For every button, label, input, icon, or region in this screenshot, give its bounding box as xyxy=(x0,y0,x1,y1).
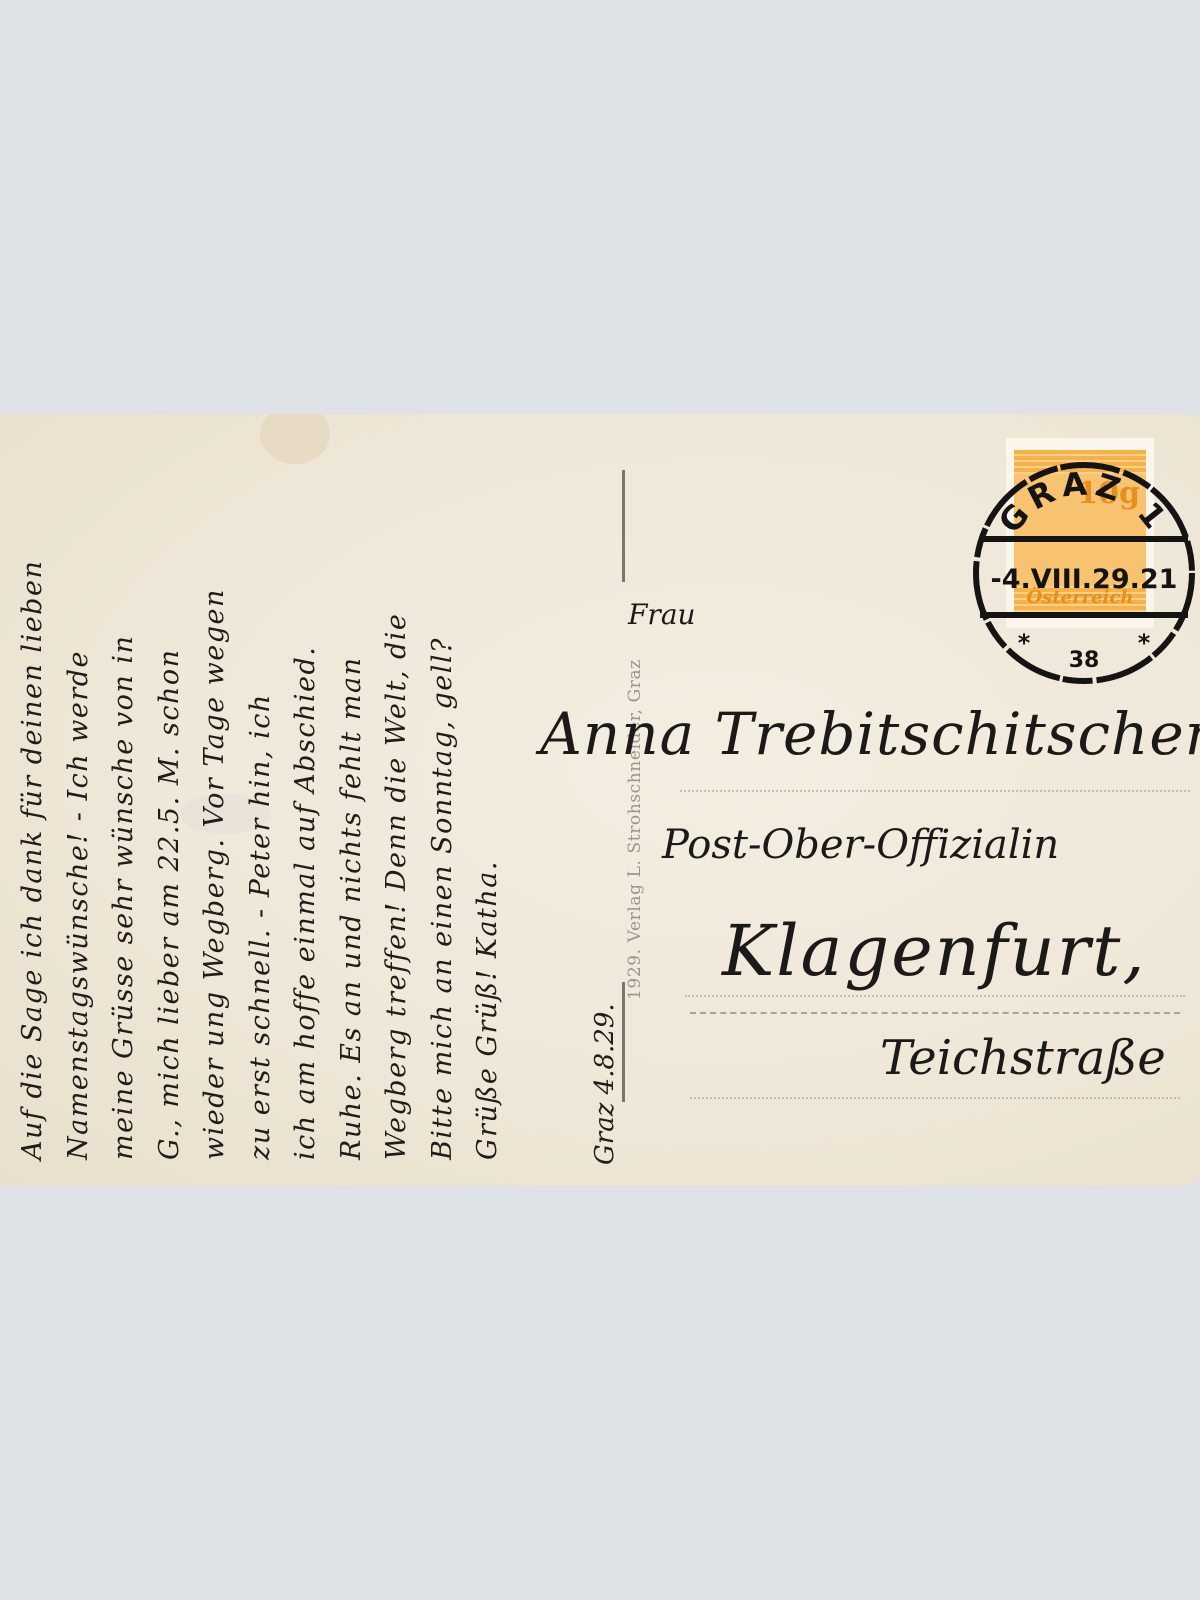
message-line: Grüße Grüß! Katha. xyxy=(465,440,511,1160)
divider-rule-top xyxy=(622,470,625,582)
postmark: GRAZ 1 -4.VIII.29.21 * * 38 xyxy=(966,455,1200,691)
message-line: wieder ung Wegberg. Vor Tage wegen xyxy=(192,440,238,1160)
message-line: ich am hoffe einmal auf Abschied. xyxy=(283,440,329,1160)
postmark-date: -4.VIII.29.21 xyxy=(991,564,1178,595)
svg-text:GRAZ 1: GRAZ 1 xyxy=(991,464,1177,540)
postmark-star-right: * xyxy=(1138,629,1151,657)
address-line xyxy=(685,995,1185,997)
postmark-circle-icon: GRAZ 1 -4.VIII.29.21 * * 38 xyxy=(966,455,1200,691)
postmark-office-code: 38 xyxy=(1069,648,1100,673)
address-title: Post-Ober-Offizialin xyxy=(662,822,1059,868)
postmark-town: GRAZ 1 xyxy=(991,464,1177,540)
message-line: zu erst schnell. - Peter hin, ich xyxy=(238,440,284,1160)
message-date: Graz 4.8.29. xyxy=(590,1003,620,1165)
message-line: Auf die Sage ich dank für deinen lieben xyxy=(10,440,56,1160)
message-body: Auf die Sage ich dank für deinen lieben … xyxy=(10,440,511,1160)
message-line: Wegberg treffen! Denn die Welt, die xyxy=(374,440,420,1160)
address-street: Teichstraße xyxy=(880,1030,1166,1086)
address-name: Anna Trebitschitscher xyxy=(540,700,1200,768)
address-city: Klagenfurt, xyxy=(722,910,1147,992)
divider-rule-bottom xyxy=(622,982,625,1102)
address-line xyxy=(680,790,1190,792)
message-line: Namenstagswünsche! - Ich werde xyxy=(56,440,102,1160)
message-line: Ruhe. Es an und nichts fehlt man xyxy=(329,440,375,1160)
message-line: Bitte mich an einen Sonntag, gell? xyxy=(420,440,466,1160)
message-line: G., mich lieber am 22.5. M. schon xyxy=(147,440,193,1160)
address-line xyxy=(690,1097,1180,1099)
address-line xyxy=(690,1012,1180,1014)
message-line: meine Grüsse sehr wünsche von in xyxy=(101,440,147,1160)
postmark-star-left: * xyxy=(1018,629,1031,657)
address-salutation: Frau xyxy=(628,598,696,631)
